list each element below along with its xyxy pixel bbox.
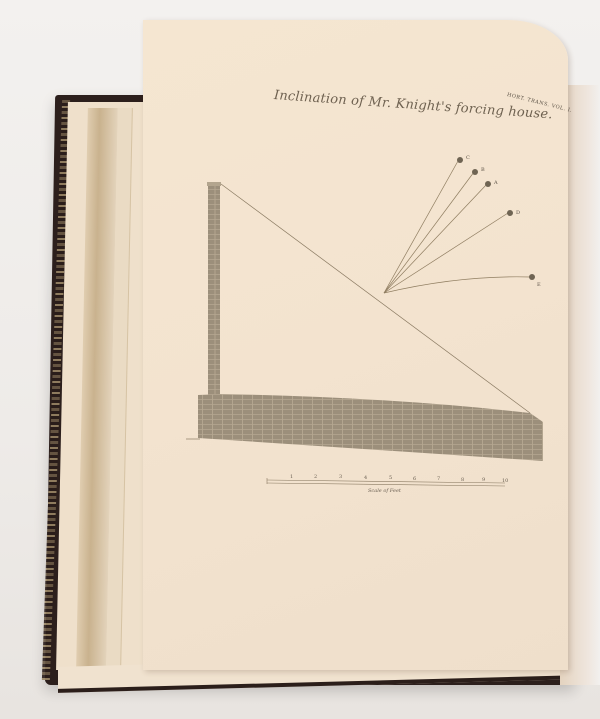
scale-tick: 7 bbox=[437, 476, 440, 482]
sun-label-d: D bbox=[516, 210, 520, 216]
roof-glass-line bbox=[221, 184, 530, 413]
scale-tick: 6 bbox=[413, 476, 416, 482]
scale-tick: 9 bbox=[482, 477, 485, 483]
scale-tick: 4 bbox=[364, 475, 367, 481]
scale-tick: 2 bbox=[314, 474, 317, 480]
scale-bar bbox=[267, 478, 505, 486]
scale-tick: 5 bbox=[389, 475, 392, 481]
sun-label-a: A bbox=[494, 180, 498, 186]
scale-tick: 8 bbox=[461, 477, 464, 483]
sun-symbols bbox=[457, 157, 535, 280]
scale-tick: 10 bbox=[502, 478, 508, 484]
sun-label-b: B bbox=[481, 167, 485, 173]
sun-rays bbox=[384, 161, 531, 293]
scale-label: Scale of Feet bbox=[368, 488, 401, 494]
back-wall bbox=[207, 182, 221, 398]
foundation-wall bbox=[186, 394, 543, 461]
scale-tick: 3 bbox=[339, 474, 342, 480]
scale-tick: 1 bbox=[290, 474, 293, 480]
forcing-house-diagram bbox=[0, 0, 600, 719]
sun-label-e: E bbox=[537, 282, 541, 288]
sun-label-c: C bbox=[466, 155, 470, 161]
